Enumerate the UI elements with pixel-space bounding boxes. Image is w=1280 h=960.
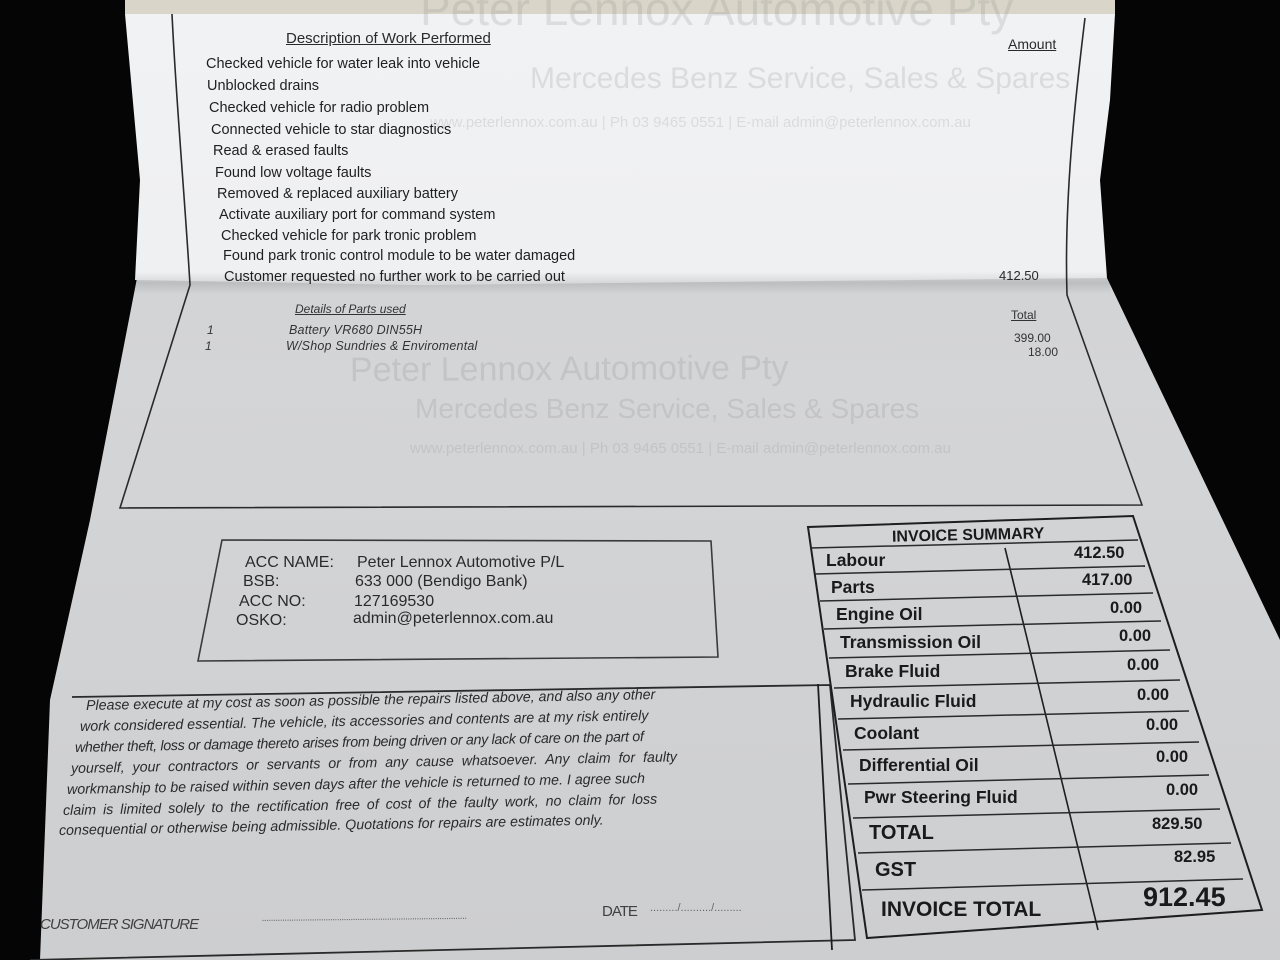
summary-label-parts: Parts [831,577,875,598]
summary-label-invoice-total: INVOICE TOTAL [881,898,1041,922]
summary-label-total: TOTAL [869,822,934,845]
work-line: Checked vehicle for park tronic problem [221,228,476,244]
bank-label-acc-name: ACC NAME: [245,554,334,572]
parts-section-title: Details of Parts used [295,302,406,316]
summary-title: INVOICE SUMMARY [892,525,1045,546]
part-qty: 1 [207,323,214,337]
summary-label-differential-oil: Differential Oil [859,755,979,776]
customer-signature-field[interactable]: ........................................… [262,911,467,924]
work-section-title: Description of Work Performed [286,30,491,47]
summary-value-total: 829.50 [1152,815,1202,834]
summary-label-coolant: Coolant [854,723,919,744]
summary-value-transmission-oil: 0.00 [1119,627,1151,646]
summary-label-engine-oil: Engine Oil [836,604,923,625]
amount-header: Amount [1008,36,1056,52]
bank-label-bsb: BSB: [243,573,279,591]
work-amount: 412.50 [999,268,1039,283]
part-description: Battery VR680 DIN55H [289,323,422,337]
summary-value-hydraulic-fluid: 0.00 [1137,686,1169,705]
summary-value-labour: 412.50 [1074,544,1124,563]
summary-label-hydraulic-fluid: Hydraulic Fluid [850,691,976,712]
bank-label-osko: OSKO: [236,612,287,630]
work-line: Checked vehicle for radio problem [209,100,429,116]
summary-label-transmission-oil: Transmission Oil [840,632,981,653]
date-label: DATE [602,903,637,920]
summary-value-invoice-total: 912.45 [1143,882,1226,913]
work-line: Found park tronic control module to be w… [223,248,575,264]
work-line: Read & erased faults [213,143,348,159]
part-total: 399.00 [1014,331,1051,345]
work-line: Removed & replaced auxiliary battery [217,186,458,202]
summary-value-differential-oil: 0.00 [1156,748,1188,767]
part-qty: 1 [205,339,212,353]
date-field[interactable]: ........./........../......... [650,902,742,914]
customer-signature-label: CUSTOMER SIGNATURE [40,916,198,933]
work-line: Unblocked drains [207,78,319,94]
summary-value-coolant: 0.00 [1146,716,1178,735]
summary-value-brake-fluid: 0.00 [1127,656,1159,675]
part-description: W/Shop Sundries & Enviromental [286,339,478,353]
work-line: Customer requested no further work to be… [224,269,565,285]
work-line: Found low voltage faults [215,165,371,181]
paper-edge-strip [125,0,1115,14]
summary-value-engine-oil: 0.00 [1110,599,1142,618]
bank-value-bsb: 633 000 (Bendigo Bank) [355,573,528,591]
bank-value-osko: admin@peterlennox.com.au [353,610,553,628]
summary-label-labour: Labour [826,550,885,571]
summary-value-parts: 417.00 [1082,571,1132,590]
summary-value-gst: 82.95 [1174,848,1215,867]
summary-value-pwr-steering-fluid: 0.00 [1166,781,1198,800]
work-line: Connected vehicle to star diagnostics [211,122,451,138]
work-line: Activate auxiliary port for command syst… [219,207,495,223]
summary-label-brake-fluid: Brake Fluid [845,661,940,682]
summary-label-pwr-steering-fluid: Pwr Steering Fluid [864,787,1018,808]
summary-label-gst: GST [875,859,916,882]
bank-label-acc-no: ACC NO: [239,593,306,611]
work-line: Checked vehicle for water leak into vehi… [206,56,480,72]
part-total: 18.00 [1028,345,1058,359]
parts-total-header: Total [1011,308,1036,322]
bank-value-acc-no: 127169530 [354,593,434,611]
bank-value-acc-name: Peter Lennox Automotive P/L [357,554,564,572]
